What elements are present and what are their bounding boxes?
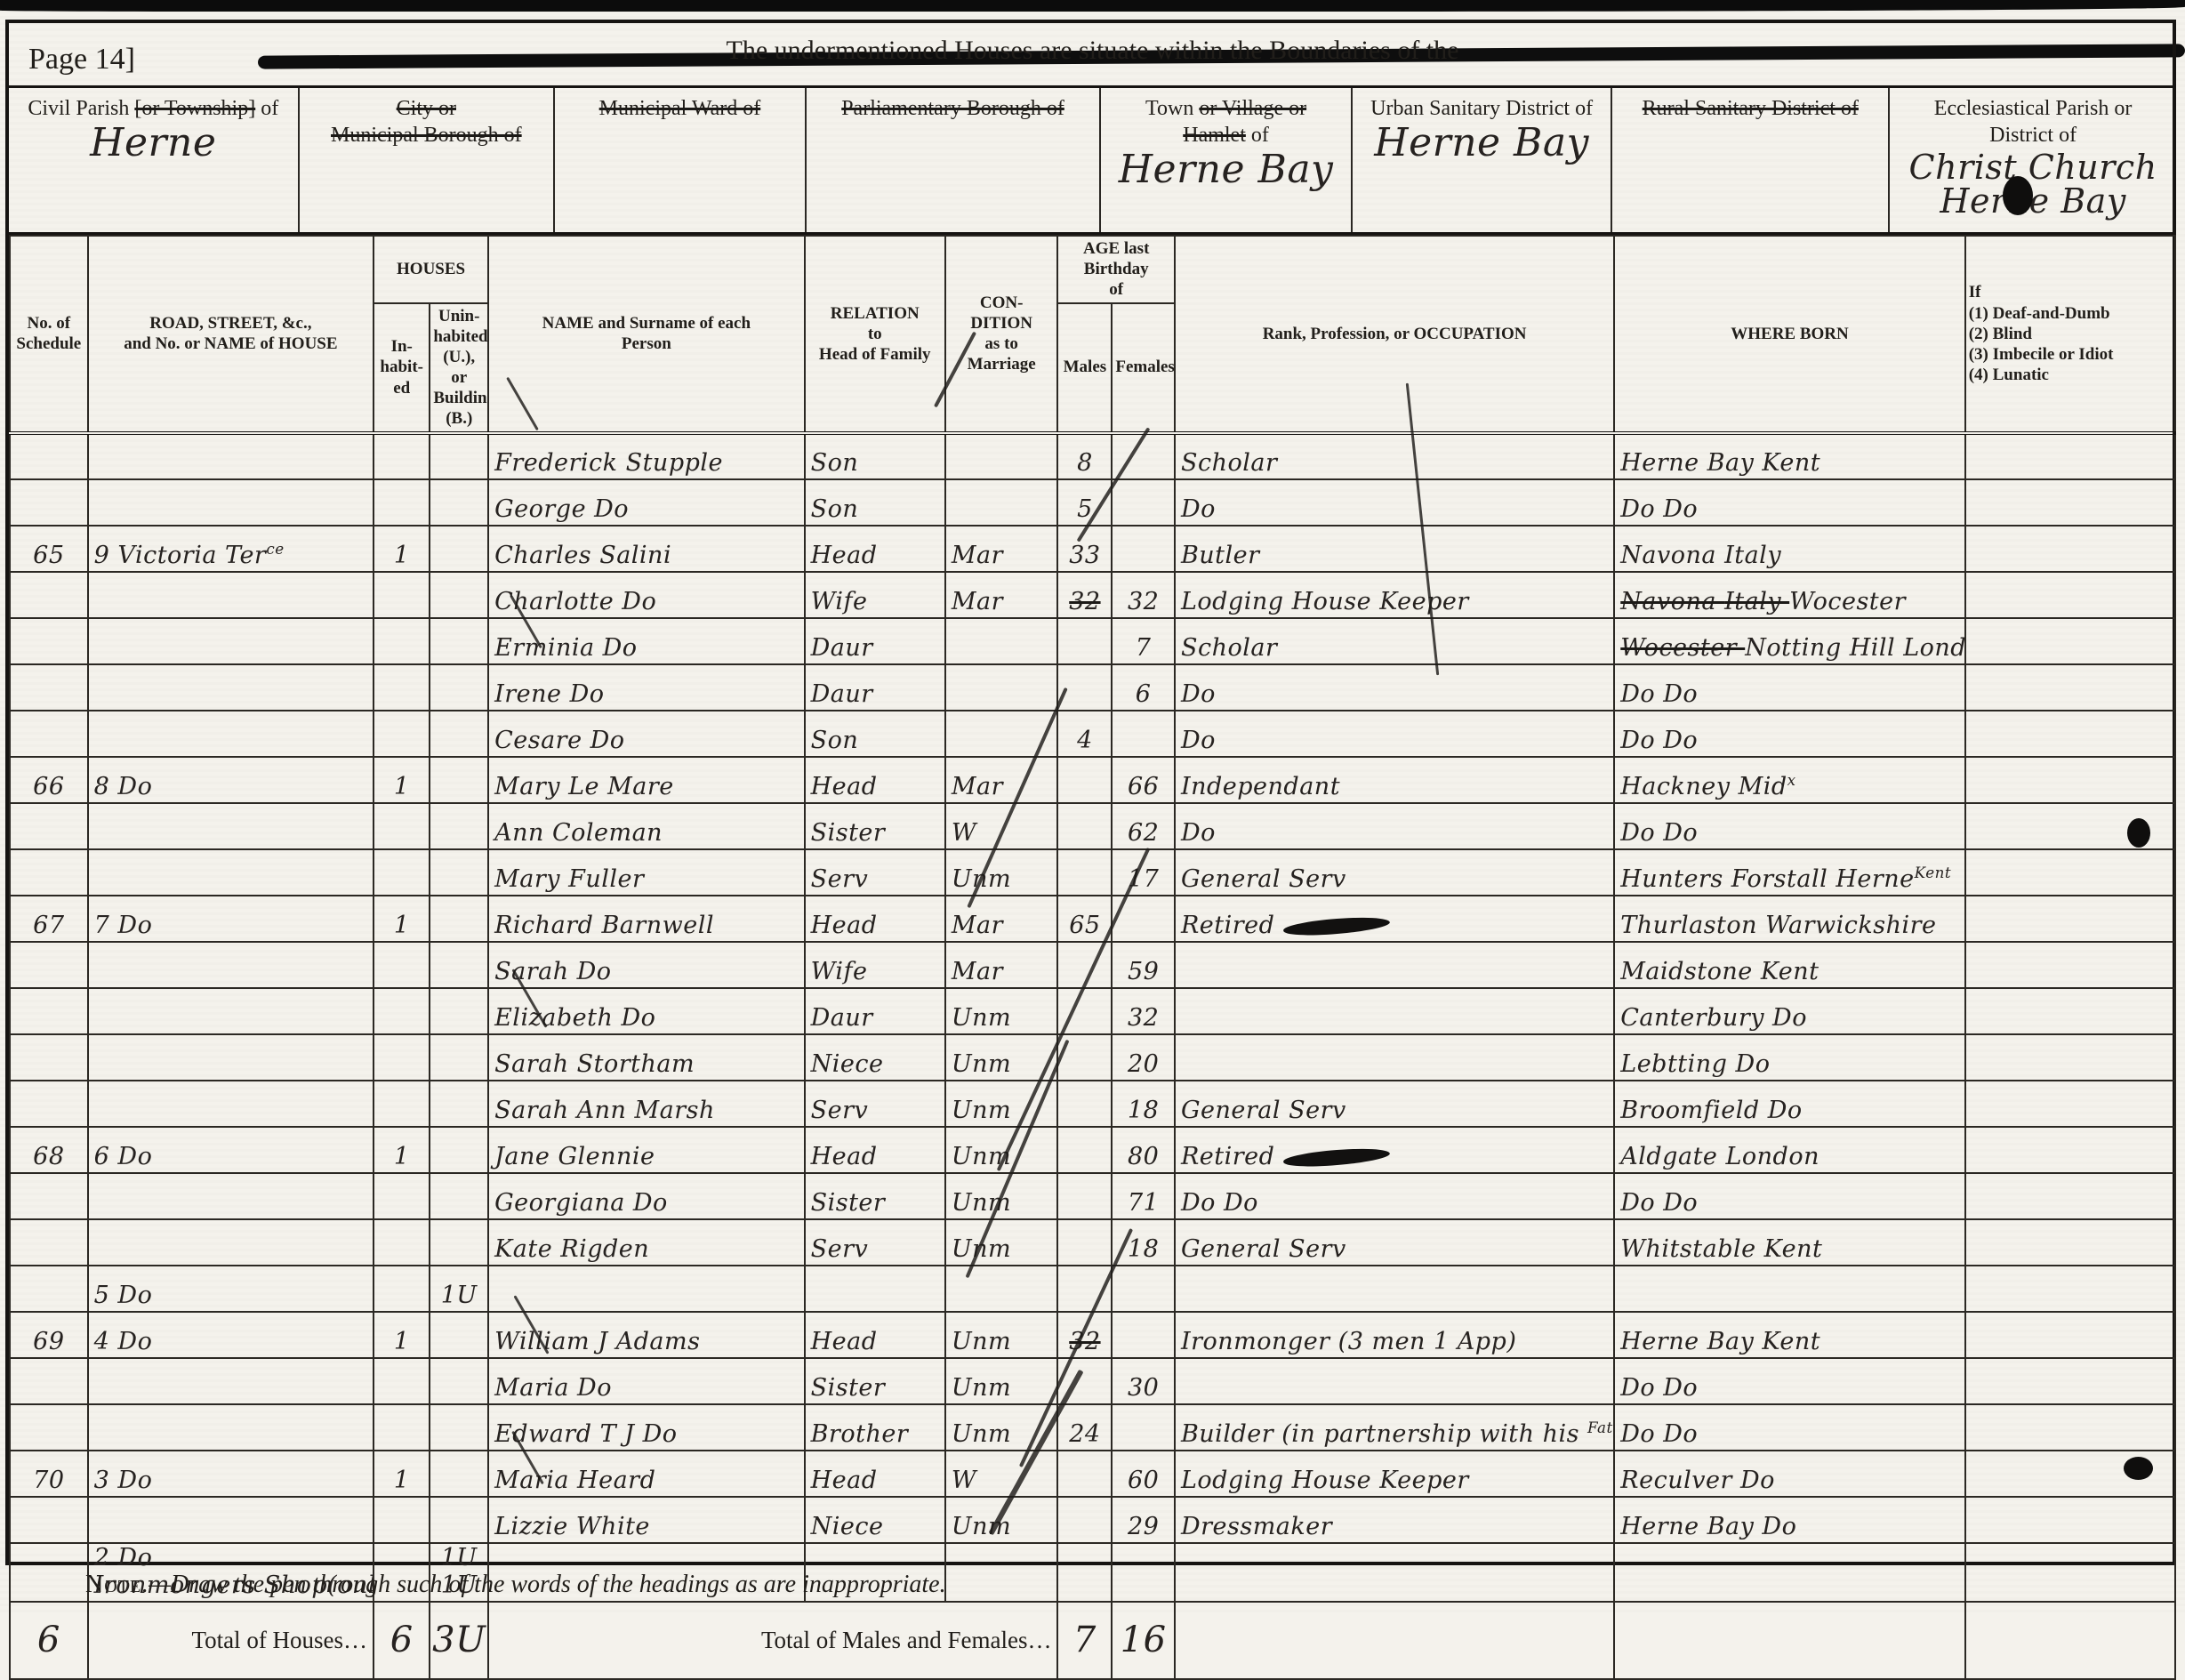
cell-age-female (1112, 711, 1175, 757)
cell-age-male (1057, 1081, 1112, 1127)
boundary-label: Ecclesiastical Parish orDistrict of (1890, 95, 2176, 149)
cell-where-born: Wocester Notting Hill London (1614, 618, 1964, 664)
table-row: Cesare Do Son 4 Do Do Do (10, 711, 2175, 757)
cell-age-female: 32 (1112, 988, 1175, 1034)
cell-where-born: Broomfield Do (1614, 1081, 1964, 1127)
cell-uninhabited (430, 757, 488, 803)
cell-road-house (88, 849, 374, 896)
table-row: Elizabeth Do Daur Unm 32 Canterbury Do (10, 988, 2175, 1034)
total-houses-label: Total of Houses… (88, 1602, 374, 1612)
cell-occupation: Scholar (1175, 618, 1614, 664)
boundary-cell-town: Town or Village orHamlet of Herne Bay (1101, 88, 1353, 232)
cell-age-female (1112, 1543, 1175, 1602)
cell-relation: Brother (805, 1404, 945, 1451)
cell-empty (1965, 1602, 2175, 1612)
cell-relation: Head (805, 526, 945, 572)
cell-inhabited: 1 (374, 1312, 430, 1358)
cell-age-male (1057, 1127, 1112, 1173)
cell-person-name: Lizzie White (488, 1497, 805, 1543)
cell-schedule-number: 70 (10, 1451, 88, 1497)
ink-blot (2003, 176, 2033, 215)
cell-occupation: Butler (1175, 526, 1614, 572)
cell-where-born (1614, 1266, 1964, 1312)
table-row: 66 8 Do 1 Mary Le Mare Head Mar 66 Indep… (10, 757, 2175, 803)
cell-infirmities (1965, 572, 2175, 618)
boundary-label: Town or Village orHamlet of (1101, 95, 1351, 149)
cell-inhabited (374, 664, 430, 711)
cell-relation: Serv (805, 1081, 945, 1127)
table-row: Ann Coleman Sister W 62 Do Do Do (10, 803, 2175, 849)
cell-occupation: Do (1175, 479, 1614, 526)
col-header-name: NAME and Surname of eachPerson (488, 236, 805, 433)
cell-schedule-number (10, 664, 88, 711)
cell-infirmities (1965, 1219, 2175, 1266)
cell-where-born: Canterbury Do (1614, 988, 1964, 1034)
cell-schedule-number (10, 1081, 88, 1127)
cell-inhabited (374, 988, 430, 1034)
col-header-schedule: No. ofSchedule (10, 236, 88, 433)
cell-uninhabited (430, 896, 488, 942)
cell-age-female: 66 (1112, 757, 1175, 803)
census-table: No. ofSchedule ROAD, STREET, &c.,and No.… (9, 235, 2176, 1612)
cell-road-house: 4 Do (88, 1312, 374, 1358)
cell-road-house (88, 618, 374, 664)
cell-relation: Head (805, 1127, 945, 1173)
table-row: 69 4 Do 1 William J Adams Head Unm 32 Ir… (10, 1312, 2175, 1358)
cell-age-male: 4 (1057, 711, 1112, 757)
boundary-cell-municipal-ward: Municipal Ward of (555, 88, 807, 232)
cell-person-name: Cesare Do (488, 711, 805, 757)
cell-uninhabited (430, 1219, 488, 1266)
cell-age-female (1112, 1266, 1175, 1312)
cell-age-male: 32 (1057, 572, 1112, 618)
cell-where-born: Thurlaston Warwickshire (1614, 896, 1964, 942)
table-row: Frederick Stupple Son 8 Scholar Herne Ba… (10, 433, 2175, 479)
cell-inhabited-total: 6 (374, 1602, 430, 1612)
cell-uninhabited (430, 803, 488, 849)
form-title: The undermentioned Houses are situate wi… (9, 36, 2176, 66)
cell-condition (945, 1266, 1058, 1312)
boundary-label: City orMunicipal Borough of (300, 95, 554, 149)
cell-condition: Mar (945, 526, 1058, 572)
cell-road-house (88, 942, 374, 988)
cell-person-name: Charles Salini (488, 526, 805, 572)
cell-infirmities (1965, 1081, 2175, 1127)
cell-age-female: 32 (1112, 572, 1175, 618)
cell-uninhabited: 1U (430, 1266, 488, 1312)
cell-person-name: Irene Do (488, 664, 805, 711)
cell-condition (945, 479, 1058, 526)
cell-where-born: Herne Bay Kent (1614, 433, 1964, 479)
cell-relation: Daur (805, 618, 945, 664)
cell-occupation: Ironmonger (3 men 1 App) (1175, 1312, 1614, 1358)
cell-occupation (1175, 1358, 1614, 1404)
cell-condition (945, 618, 1058, 664)
cell-relation: Head (805, 757, 945, 803)
cell-occupation (1175, 942, 1614, 988)
cell-where-born: Whitstable Kent (1614, 1219, 1964, 1266)
cell-road-house: 5 Do (88, 1266, 374, 1312)
table-row: 70 3 Do 1 Maria Heard Head W 60 Lodging … (10, 1451, 2175, 1497)
table-row: Georgiana Do Sister Unm 71 Do Do Do Do (10, 1173, 2175, 1219)
cell-condition: Mar (945, 757, 1058, 803)
cell-inhabited (374, 1219, 430, 1266)
cell-person-name: Sarah Stortham (488, 1034, 805, 1081)
cell-where-born: Hunters Forstall HerneKent (1614, 849, 1964, 896)
cell-condition: Mar (945, 572, 1058, 618)
cell-relation (805, 1266, 945, 1312)
cell-schedule-number (10, 988, 88, 1034)
cell-uninhabited-total: 3U (430, 1602, 488, 1612)
cell-where-born: Lebtting Do (1614, 1034, 1964, 1081)
cell-schedule-number: 65 (10, 526, 88, 572)
struck-out-word-blot (1282, 913, 1390, 937)
col-header-infirmities: If(1) Deaf-and-Dumb(2) Blind(3) Imbecile… (1965, 236, 2175, 433)
cell-age-female: 71 (1112, 1173, 1175, 1219)
cell-person-name (488, 1266, 805, 1312)
cell-infirmities (1965, 1173, 2175, 1219)
cell-uninhabited (430, 526, 488, 572)
cell-infirmities (1965, 849, 2175, 896)
cell-age-male (1057, 1451, 1112, 1497)
cell-occupation: Independant (1175, 757, 1614, 803)
cell-road-house (88, 1219, 374, 1266)
cell-inhabited (374, 1266, 430, 1312)
boundary-cell-rural-sanitary-district: Rural Sanitary District of (1612, 88, 1890, 232)
cell-schedule-number (10, 1034, 88, 1081)
boundary-label: Urban Sanitary District of (1353, 95, 1611, 122)
cell-age-male (1057, 757, 1112, 803)
cell-occupation: Retired (1175, 896, 1614, 942)
cell-schedule-number (10, 803, 88, 849)
cell-inhabited (374, 572, 430, 618)
cell-road-house (88, 1404, 374, 1451)
cell-infirmities (1965, 1497, 2175, 1543)
cell-condition: Unm (945, 1312, 1058, 1358)
cell-relation: Sister (805, 1358, 945, 1404)
cell-where-born: Hackney Midx (1614, 757, 1964, 803)
cell-where-born: Do Do (1614, 711, 1964, 757)
cell-road-house (88, 803, 374, 849)
cell-relation: Head (805, 1312, 945, 1358)
table-row: Sarah Stortham Niece Unm 20 Lebtting Do (10, 1034, 2175, 1081)
cell-occupation (1175, 1266, 1614, 1312)
cell-road-house (88, 572, 374, 618)
totals-row: 6 Total of Houses… 6 3U Total of Males a… (10, 1602, 2175, 1612)
cell-condition: Mar (945, 896, 1058, 942)
cell-inhabited (374, 618, 430, 664)
cell-infirmities (1965, 1404, 2175, 1451)
cell-where-born: Do Do (1614, 1404, 1964, 1451)
cell-condition: Unm (945, 1219, 1058, 1266)
cell-age-female: 30 (1112, 1358, 1175, 1404)
cell-uninhabited (430, 572, 488, 618)
cell-road-house (88, 1034, 374, 1081)
cell-schedule-number (10, 433, 88, 479)
cell-infirmities (1965, 479, 2175, 526)
cell-uninhabited (430, 1312, 488, 1358)
total-males-females-label: Total of Males and Females… (488, 1602, 1057, 1612)
cell-uninhabited (430, 1404, 488, 1451)
cell-age-female: 59 (1112, 942, 1175, 988)
cell-infirmities (1965, 711, 2175, 757)
cell-relation: Niece (805, 1497, 945, 1543)
cell-occupation: Do Do (1175, 1173, 1614, 1219)
cell-age-female: 60 (1112, 1451, 1175, 1497)
cell-empty (1175, 1602, 1614, 1612)
col-header-occupation: Rank, Profession, or OCCUPATION (1175, 236, 1614, 433)
cell-inhabited (374, 479, 430, 526)
col-header-uninhabited: Unin-habited(U.), orBuilding(B.) (430, 303, 488, 433)
cell-inhabited (374, 1404, 430, 1451)
cell-road-house (88, 1173, 374, 1219)
cell-where-born: Navona Italy Wocester (1614, 572, 1964, 618)
cell-uninhabited (430, 1081, 488, 1127)
table-row: 5 Do 1U (10, 1266, 2175, 1312)
cell-condition: W (945, 803, 1058, 849)
footnote: Note.—Draw the pen through such of the w… (85, 1571, 946, 1599)
cell-age-male (1057, 1219, 1112, 1266)
cell-infirmities (1965, 1034, 2175, 1081)
cell-person-name: Mary Fuller (488, 849, 805, 896)
cell-occupation: Builder (in partnership with his Father) (1175, 1404, 1614, 1451)
cell-person-name: George Do (488, 479, 805, 526)
cell-uninhabited (430, 1034, 488, 1081)
cell-condition (945, 664, 1058, 711)
cell-inhabited: 1 (374, 1451, 430, 1497)
cell-females-total: 16 (1112, 1602, 1175, 1612)
footnote-prefix: Note. (85, 1571, 149, 1598)
cell-relation: Head (805, 1451, 945, 1497)
cell-relation: Serv (805, 849, 945, 896)
cell-road-house (88, 433, 374, 479)
cell-occupation (1175, 988, 1614, 1034)
cell-person-name: Georgiana Do (488, 1173, 805, 1219)
cell-schedule-number (10, 572, 88, 618)
cell-infirmities (1965, 433, 2175, 479)
cell-infirmities (1965, 664, 2175, 711)
cell-relation: Son (805, 479, 945, 526)
cell-age-female: 18 (1112, 1081, 1175, 1127)
table-row: Edward T J Do Brother Unm 24 Builder (in… (10, 1404, 2175, 1451)
cell-relation: Wife (805, 942, 945, 988)
cell-inhabited (374, 1358, 430, 1404)
cell-infirmities (1965, 526, 2175, 572)
cell-road-house (88, 664, 374, 711)
cell-occupation: Lodging House Keeper (1175, 572, 1614, 618)
cell-age-female (1112, 1404, 1175, 1451)
struck-out-word-blot (1282, 1145, 1390, 1169)
cell-where-born: Navona Italy (1614, 526, 1964, 572)
cell-occupation: General Serv (1175, 1219, 1614, 1266)
cell-schedule-number (10, 1266, 88, 1312)
cell-condition (945, 433, 1058, 479)
cell-infirmities (1965, 757, 2175, 803)
cell-where-born: Aldgate London (1614, 1127, 1964, 1173)
cell-uninhabited (430, 942, 488, 988)
cell-age-male (1057, 849, 1112, 896)
col-header-inhabited: In-habit-ed (374, 303, 430, 433)
cell-condition: Unm (945, 1358, 1058, 1404)
cell-where-born: Do Do (1614, 1358, 1964, 1404)
cell-uninhabited (430, 1358, 488, 1404)
cell-schedule-number (10, 1219, 88, 1266)
col-header-males: Males (1057, 303, 1112, 433)
cell-age-female: 29 (1112, 1497, 1175, 1543)
cell-person-name: Jane Glennie (488, 1127, 805, 1173)
cell-infirmities (1965, 1127, 2175, 1173)
cell-where-born: Do Do (1614, 803, 1964, 849)
cell-schedule-number: 67 (10, 896, 88, 942)
cell-person-name: Sarah Do (488, 942, 805, 988)
cell-uninhabited (430, 479, 488, 526)
boundary-header-band: Civil Parish [or Township] of Herne City… (9, 85, 2176, 235)
cell-occupation (1175, 1543, 1614, 1602)
boundary-cell-municipal-borough: City orMunicipal Borough of (300, 88, 556, 232)
cell-occupation: Scholar (1175, 433, 1614, 479)
cell-age-male: 32 (1057, 1312, 1112, 1358)
cell-schedule-number (10, 618, 88, 664)
cell-where-born: Do Do (1614, 479, 1964, 526)
cell-condition (945, 711, 1058, 757)
cell-occupation: Do (1175, 664, 1614, 711)
boundary-label: Parliamentary Borough of (807, 95, 1099, 122)
col-header-road: ROAD, STREET, &c.,and No. or NAME of HOU… (88, 236, 374, 433)
cell-age-male (1057, 803, 1112, 849)
ink-blot (2127, 818, 2150, 848)
cell-inhabited (374, 1173, 430, 1219)
cell-schedule-number (10, 711, 88, 757)
cell-inhabited (374, 711, 430, 757)
table-body: Frederick Stupple Son 8 Scholar Herne Ba… (10, 433, 2175, 1602)
col-header-relation: RELATIONtoHead of Family (805, 236, 945, 433)
table-header: No. ofSchedule ROAD, STREET, &c.,and No.… (10, 236, 2175, 433)
ink-blot (2124, 1457, 2153, 1480)
col-header-females: Females (1112, 303, 1175, 433)
cell-person-name: Charlotte Do (488, 572, 805, 618)
cell-age-male: 65 (1057, 896, 1112, 942)
cell-schedule-number: 69 (10, 1312, 88, 1358)
cell-age-male (1057, 1173, 1112, 1219)
boundary-label: Rural Sanitary District of (1612, 95, 1888, 122)
cell-person-name: Kate Rigden (488, 1219, 805, 1266)
cell-relation: Son (805, 711, 945, 757)
cell-road-house (88, 1081, 374, 1127)
cell-infirmities (1965, 618, 2175, 664)
cell-road-house: 9 Victoria Terce (88, 526, 374, 572)
cell-age-male (1057, 1543, 1112, 1602)
cell-where-born (1614, 1543, 1964, 1602)
cell-relation: Wife (805, 572, 945, 618)
cell-relation: Niece (805, 1034, 945, 1081)
cell-schedule-number (10, 1497, 88, 1543)
cell-infirmities (1965, 1358, 2175, 1404)
cell-uninhabited (430, 1451, 488, 1497)
cell-occupation: General Serv (1175, 849, 1614, 896)
form-header: Page 14] The undermentioned Houses are s… (9, 27, 2176, 85)
cell-relation: Head (805, 896, 945, 942)
cell-relation: Daur (805, 664, 945, 711)
cell-schedule-number: 66 (10, 757, 88, 803)
cell-schedule-number: 68 (10, 1127, 88, 1173)
cell-inhabited (374, 1497, 430, 1543)
cell-person-name: Ann Coleman (488, 803, 805, 849)
cell-person-name: Maria Do (488, 1358, 805, 1404)
cell-where-born: Do Do (1614, 664, 1964, 711)
cell-condition: Unm (945, 849, 1058, 896)
cell-age-male: 8 (1057, 433, 1112, 479)
cell-age-female: 80 (1112, 1127, 1175, 1173)
cell-road-house (88, 1497, 374, 1543)
cell-infirmities (1965, 942, 2175, 988)
cell-person-name: Edward T J Do (488, 1404, 805, 1451)
table-row: Sarah Ann Marsh Serv Unm 18 General Serv… (10, 1081, 2175, 1127)
table-row: Mary Fuller Serv Unm 17 General Serv Hun… (10, 849, 2175, 896)
col-header-age-group: AGE lastBirthdayof (1057, 236, 1174, 303)
cell-age-female: 6 (1112, 664, 1175, 711)
cell-infirmities (1965, 1266, 2175, 1312)
cell-occupation: General Serv (1175, 1081, 1614, 1127)
table-row: Erminia Do Daur 7 Scholar Wocester Notti… (10, 618, 2175, 664)
cell-relation: Sister (805, 1173, 945, 1219)
cell-road-house: 8 Do (88, 757, 374, 803)
table-row: 65 9 Victoria Terce 1 Charles Salini Hea… (10, 526, 2175, 572)
cell-infirmities (1965, 1543, 2175, 1602)
cell-uninhabited (430, 849, 488, 896)
cell-person-name: Mary Le Mare (488, 757, 805, 803)
cell-uninhabited (430, 1173, 488, 1219)
cell-relation: Son (805, 433, 945, 479)
cell-males-total: 7 (1057, 1602, 1112, 1612)
cell-age-female (1112, 479, 1175, 526)
boundary-cell-parliamentary-borough: Parliamentary Borough of (807, 88, 1101, 232)
cell-age-male (1057, 1497, 1112, 1543)
cell-condition: Unm (945, 988, 1058, 1034)
boundary-cell-civil-parish: Civil Parish [or Township] of Herne (9, 88, 300, 232)
cell-road-house: 6 Do (88, 1127, 374, 1173)
scan-edge-artifact (0, 0, 2185, 12)
cell-schedule-number (10, 1404, 88, 1451)
cell-relation: Daur (805, 988, 945, 1034)
cell-schedule-number (10, 1173, 88, 1219)
table-row: 67 7 Do 1 Richard Barnwell Head Mar 65 R… (10, 896, 2175, 942)
boundary-value-handwritten: Herne (9, 124, 298, 163)
cell-where-born: Maidstone Kent (1614, 942, 1964, 988)
boundary-value-handwritten: Herne Bay (1353, 124, 1611, 163)
cell-uninhabited (430, 711, 488, 757)
cell-person-name: Frederick Stupple (488, 433, 805, 479)
cell-age-female (1112, 1312, 1175, 1358)
cell-inhabited (374, 1081, 430, 1127)
cell-infirmities (1965, 988, 2175, 1034)
cell-age-female: 7 (1112, 618, 1175, 664)
cell-age-female: 20 (1112, 1034, 1175, 1081)
table-row: Lizzie White Niece Unm 29 Dressmaker Her… (10, 1497, 2175, 1543)
cell-uninhabited (430, 1127, 488, 1173)
cell-relation: Serv (805, 1219, 945, 1266)
cell-occupation: Retired (1175, 1127, 1614, 1173)
cell-schedule-number (10, 849, 88, 896)
cell-where-born: Do Do (1614, 1173, 1964, 1219)
cell-condition: Mar (945, 942, 1058, 988)
cell-infirmities (1965, 896, 2175, 942)
table-row: Kate Rigden Serv Unm 18 General Serv Whi… (10, 1219, 2175, 1266)
cell-occupation: Do (1175, 803, 1614, 849)
boundary-cell-ecclesiastical-parish: Ecclesiastical Parish orDistrict of Chri… (1890, 88, 2176, 232)
cell-occupation: Do (1175, 711, 1614, 757)
cell-age-female (1112, 526, 1175, 572)
boundary-cell-urban-sanitary-district: Urban Sanitary District of Herne Bay (1353, 88, 1612, 232)
